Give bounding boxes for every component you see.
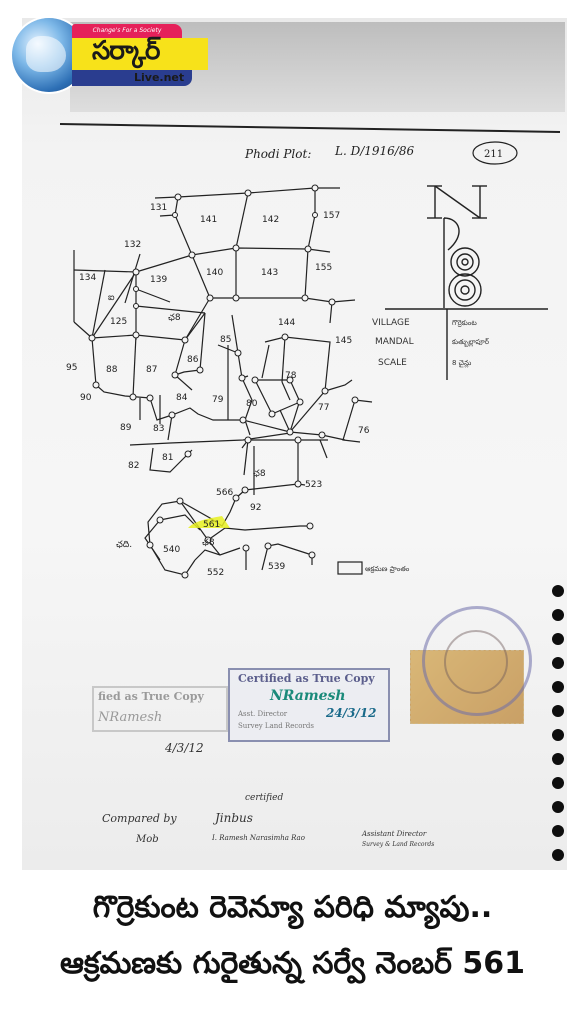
- svg-text:79: 79: [212, 395, 224, 405]
- svg-text:Mob: Mob: [135, 834, 159, 845]
- sarkar-live-logo[interactable]: Change's For a Society సర్కార్ Live.net: [12, 18, 212, 98]
- svg-text:8 చైన్లు: 8 చైన్లు: [452, 359, 472, 368]
- svg-text:561: 561: [203, 520, 220, 530]
- svg-text:132: 132: [124, 240, 141, 250]
- header-text: Phodi Plot:: [244, 147, 311, 161]
- svg-text:539: 539: [268, 562, 285, 572]
- svg-text:76: 76: [358, 426, 370, 436]
- svg-text:ఛ8: ఛ8: [168, 313, 181, 323]
- svg-text:88: 88: [106, 365, 118, 375]
- svg-text:140: 140: [206, 268, 223, 278]
- reference-number: L. D/1916/86: [334, 144, 414, 158]
- punch-hole: [552, 729, 564, 741]
- caption-line-1: గొర్రెకుంట రెవెన్యూ పరిధి మ్యాపు..: [0, 880, 585, 936]
- svg-text:85: 85: [220, 335, 231, 345]
- punch-hole: [552, 801, 564, 813]
- svg-text:certified: certified: [245, 793, 283, 803]
- svg-text:566: 566: [216, 488, 233, 498]
- punch-hole: [552, 753, 564, 765]
- svg-text:77: 77: [318, 403, 329, 413]
- svg-text:SCALE: SCALE: [378, 358, 407, 368]
- svg-text:90: 90: [80, 393, 92, 403]
- svg-text:ఆక్రమణ ప్రాంతం: ఆక్రమణ ప్రాంతం: [365, 565, 410, 573]
- survey-map-drawing: 131 141 142 157 132 139 140 143 155 134 …: [0, 0, 585, 880]
- svg-text:MANDAL: MANDAL: [375, 337, 414, 347]
- svg-text:ఐ: ఐ: [108, 293, 115, 303]
- svg-text:142: 142: [262, 215, 279, 225]
- svg-text:131: 131: [150, 203, 167, 213]
- svg-text:139: 139: [150, 275, 167, 285]
- punch-hole: [552, 681, 564, 693]
- svg-text:145: 145: [335, 336, 352, 346]
- svg-text:84: 84: [176, 393, 188, 403]
- caption-line-2: ఆక్రమణకు గురైతున్న సర్వే నెంబర్ 561: [0, 936, 585, 992]
- punch-hole: [552, 705, 564, 717]
- svg-text:157: 157: [323, 211, 340, 221]
- svg-text:87: 87: [146, 365, 157, 375]
- svg-text:125: 125: [110, 317, 127, 327]
- svg-text:Assistant Director: Assistant Director: [361, 830, 427, 838]
- svg-text:4/3/12: 4/3/12: [164, 741, 204, 755]
- svg-text:82: 82: [128, 461, 139, 471]
- stamp-date: 24/3/12: [326, 706, 377, 720]
- svg-text:523: 523: [305, 480, 322, 490]
- certified-true-copy-stamp: Certified as True Copy NRamesh 24/3/12 A…: [228, 668, 390, 742]
- svg-text:155: 155: [315, 263, 332, 273]
- svg-text:86: 86: [187, 355, 199, 365]
- svg-text:143: 143: [261, 268, 278, 278]
- news-caption: గొర్రెకుంట రెవెన్యూ పరిధి మ్యాపు.. ఆక్రమ…: [0, 880, 585, 992]
- svg-text:ఛది.: ఛది.: [116, 540, 132, 550]
- svg-text:211: 211: [484, 149, 503, 160]
- svg-text:Compared by: Compared by: [102, 812, 177, 825]
- svg-text:81: 81: [162, 453, 173, 463]
- svg-text:గొర్రెకుంట: గొర్రెకుంట: [452, 319, 477, 327]
- svg-text:134: 134: [79, 273, 96, 283]
- punch-hole: [552, 585, 564, 597]
- svg-text:552: 552: [207, 568, 224, 578]
- svg-text:ఛ8: ఛ8: [202, 538, 215, 548]
- svg-text:83: 83: [153, 424, 164, 434]
- svg-text:144: 144: [278, 318, 295, 328]
- svg-text:540: 540: [163, 545, 180, 555]
- svg-text:92: 92: [250, 503, 261, 513]
- svg-text:VILLAGE: VILLAGE: [372, 318, 410, 328]
- svg-text:I. Ramesh Narasimha Rao: I. Ramesh Narasimha Rao: [211, 834, 305, 842]
- punch-hole: [552, 849, 564, 861]
- signature: NRamesh: [270, 688, 346, 704]
- svg-text:కుత్బుల్లాపూర్: కుత్బుల్లాపూర్: [452, 338, 490, 347]
- svg-text:ఛ8: ఛ8: [253, 469, 266, 479]
- punch-hole: [552, 657, 564, 669]
- svg-text:Survey & Land Records: Survey & Land Records: [362, 841, 434, 848]
- svg-text:141: 141: [200, 215, 217, 225]
- svg-text:78: 78: [285, 371, 297, 381]
- svg-text:Jinbus: Jinbus: [212, 811, 253, 825]
- punch-hole: [552, 777, 564, 789]
- svg-text:80: 80: [246, 399, 258, 409]
- logo-brand: సర్కార్: [92, 36, 159, 72]
- svg-text:89: 89: [120, 423, 132, 433]
- punch-hole: [552, 825, 564, 837]
- punch-hole: [552, 609, 564, 621]
- punch-hole: [552, 633, 564, 645]
- faded-certified-stamp: fied as True Copy NRamesh: [92, 686, 228, 732]
- logo-sub: Live.net: [134, 70, 184, 86]
- svg-text:95: 95: [66, 363, 77, 373]
